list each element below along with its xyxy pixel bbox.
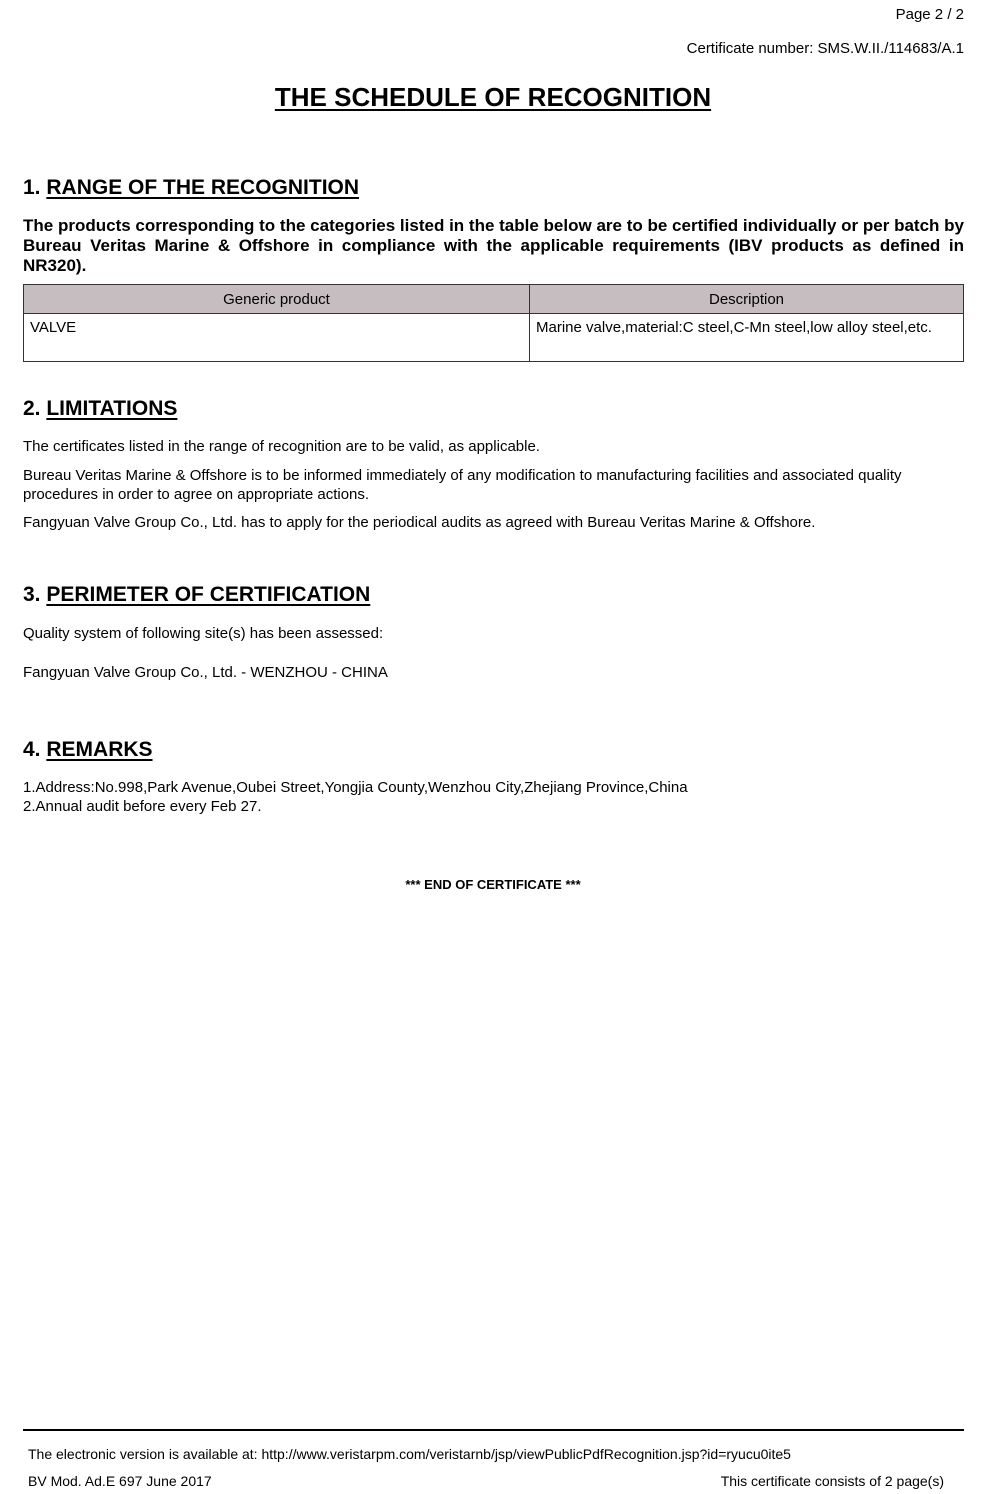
limitations-paragraph: Fangyuan Valve Group Co., Ltd. has to ap… [23, 513, 964, 532]
certificate-number: Certificate number: SMS.W.II./114683/A.1 [687, 40, 964, 57]
cell-generic-product: VALVE [24, 314, 530, 362]
remark-line: 1.Address:No.998,Park Avenue,Oubei Stree… [23, 778, 964, 797]
section-3-heading: 3. PERIMETER OF CERTIFICATION [23, 583, 370, 607]
end-of-certificate: *** END OF CERTIFICATE *** [0, 877, 986, 892]
section-1-intro: The products corresponding to the catego… [23, 216, 964, 276]
table-header-row: Generic product Description [24, 285, 964, 314]
table-row: VALVE Marine valve,material:C steel,C-Mn… [24, 314, 964, 362]
perimeter-paragraph: Quality system of following site(s) has … [23, 624, 964, 643]
column-header-generic-product: Generic product [24, 285, 530, 314]
cell-description: Marine valve,material:C steel,C-Mn steel… [530, 314, 964, 362]
recognition-table: Generic product Description VALVE Marine… [23, 284, 964, 362]
remark-line: 2.Annual audit before every Feb 27. [23, 797, 964, 816]
limitations-paragraph: Bureau Veritas Marine & Offshore is to b… [23, 466, 964, 504]
document-title: THE SCHEDULE OF RECOGNITION [0, 82, 986, 113]
section-1-heading: 1. RANGE OF THE RECOGNITION [23, 176, 359, 200]
electronic-version-note: The electronic version is available at: … [28, 1446, 791, 1462]
limitations-paragraph: The certificates listed in the range of … [23, 437, 964, 456]
footer-divider [23, 1429, 964, 1431]
page-number: Page 2 / 2 [896, 6, 964, 23]
page-count-note: This certificate consists of 2 page(s) [721, 1473, 944, 1489]
section-4-heading: 4. REMARKS [23, 738, 153, 762]
assessed-site: Fangyuan Valve Group Co., Ltd. - WENZHOU… [23, 663, 964, 682]
form-reference: BV Mod. Ad.E 697 June 2017 [28, 1473, 212, 1489]
section-2-heading: 2. LIMITATIONS [23, 397, 177, 421]
column-header-description: Description [530, 285, 964, 314]
